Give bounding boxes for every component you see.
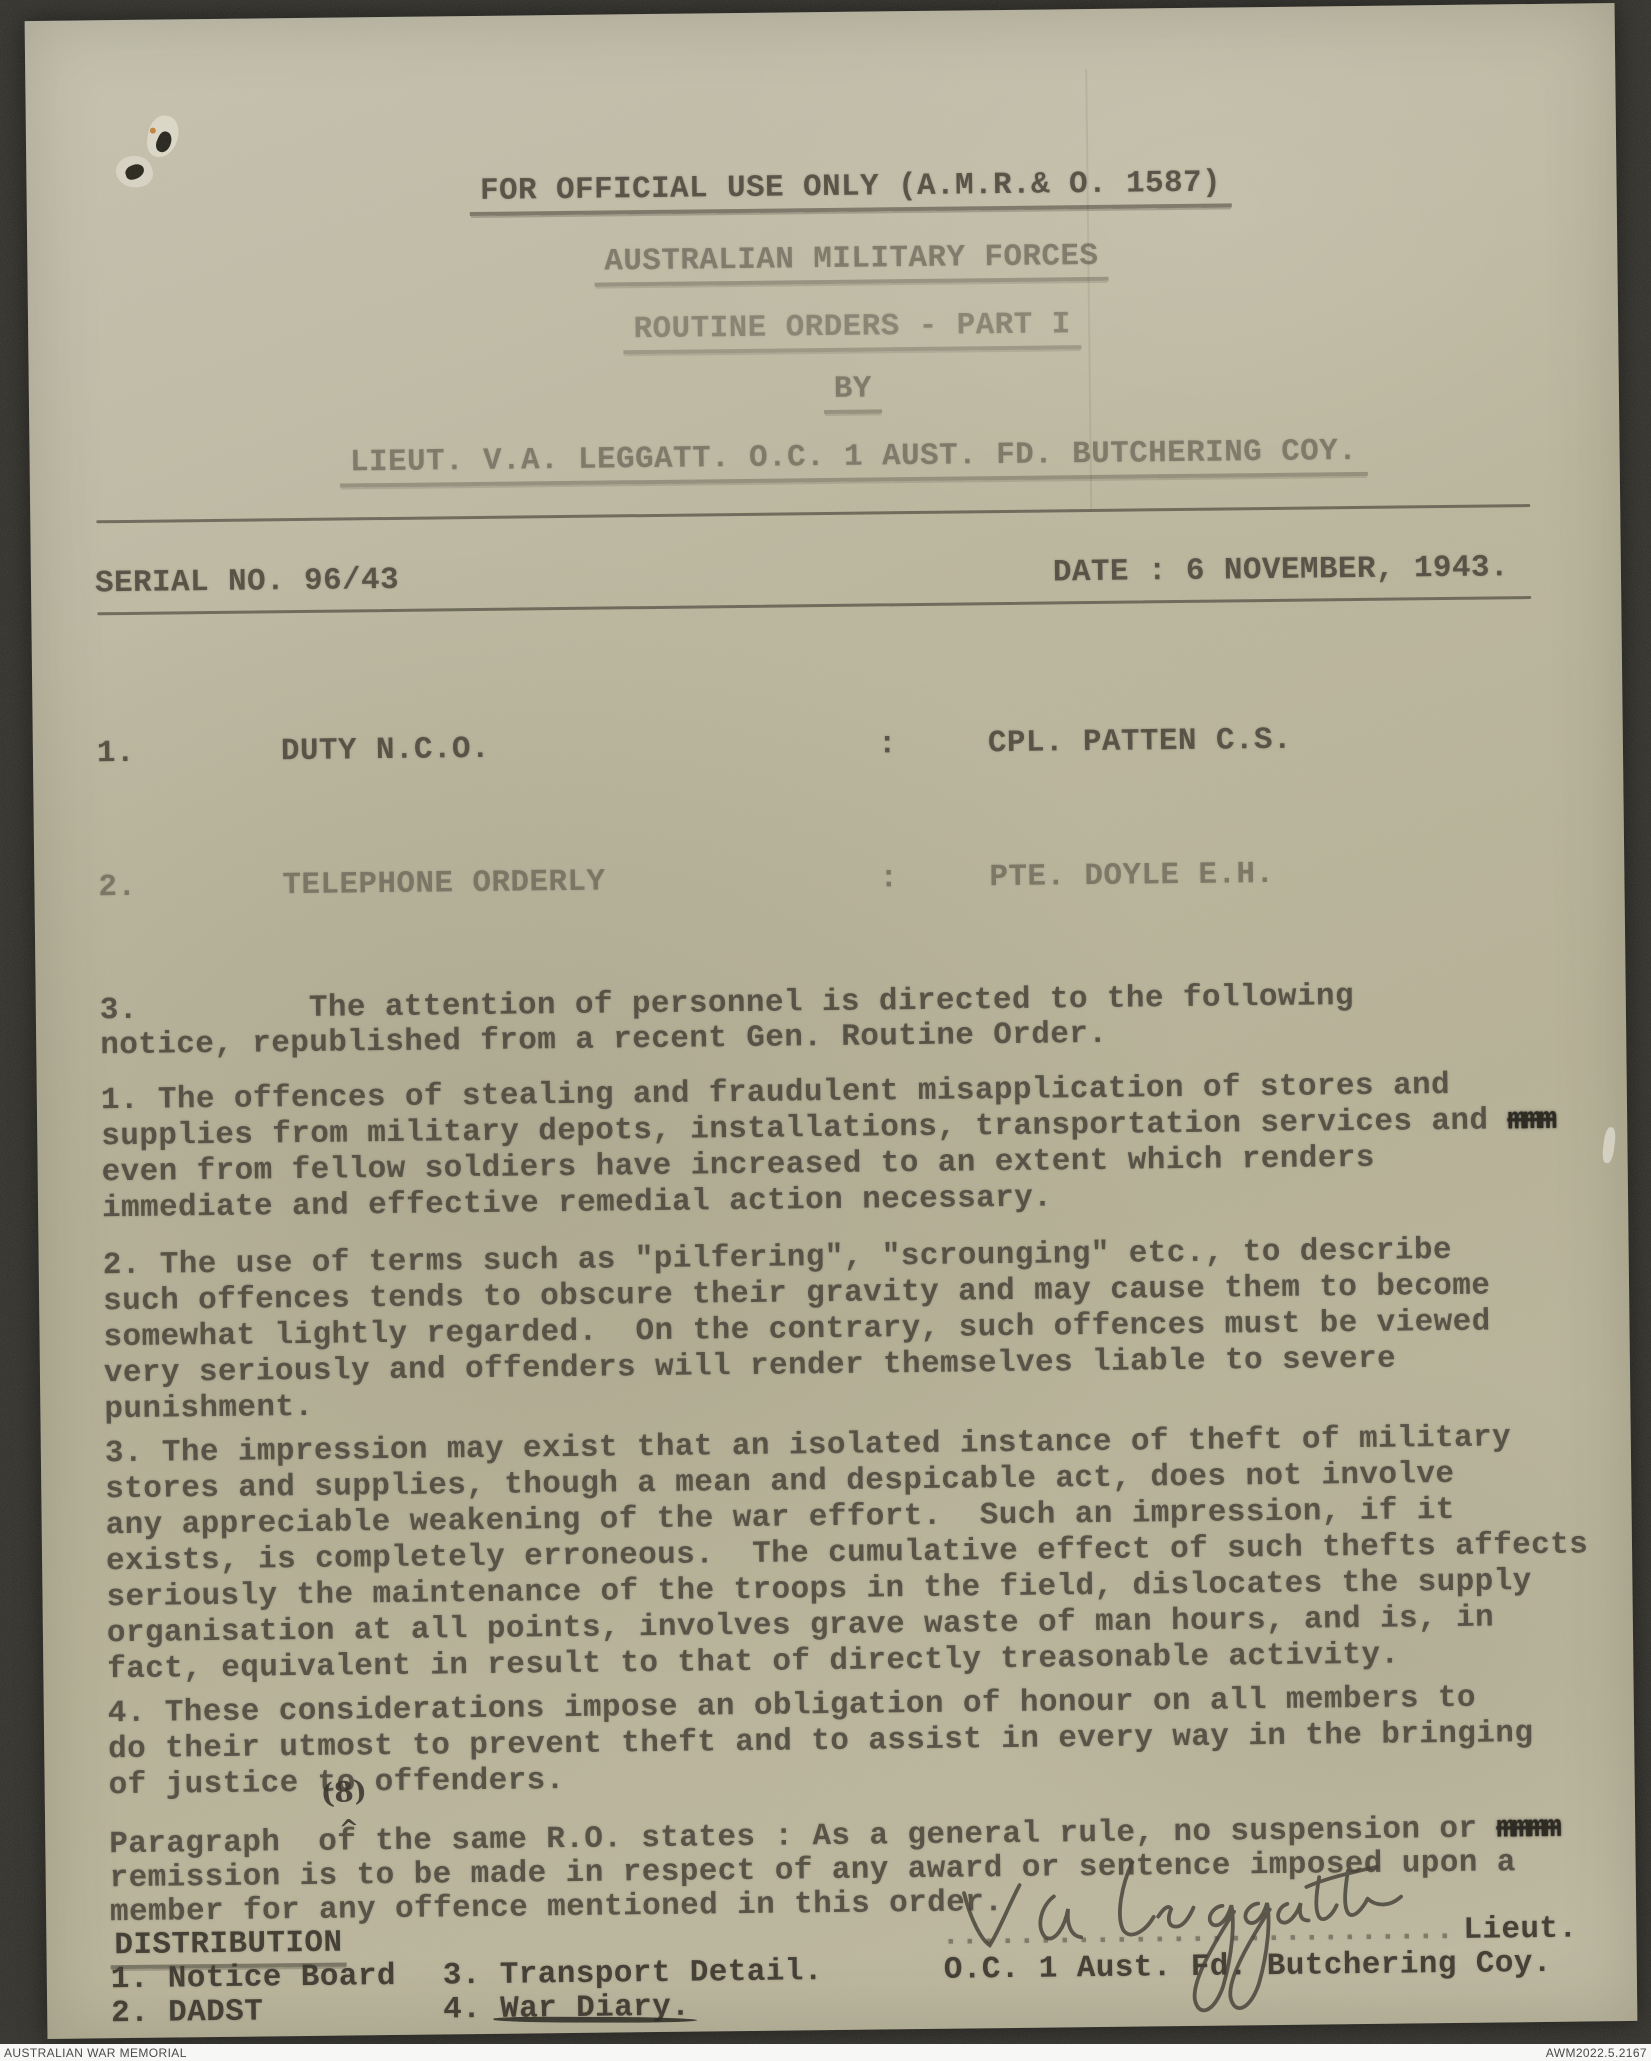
- item-separator: :: [879, 861, 898, 896]
- separator-rule-bottom: [97, 596, 1531, 615]
- item-number: 2.: [98, 870, 136, 905]
- force-text: AUSTRALIAN MILITARY FORCES: [594, 239, 1109, 287]
- by-text: BY: [824, 371, 882, 414]
- handwritten-signature: [921, 1822, 1492, 2039]
- paragraph-2-line: punishment.: [104, 1390, 313, 1427]
- duty-nco-row: 1. DUTY N.C.O. : CPL. PATTEN C.S.: [25, 3, 1615, 21]
- rust-speck: [150, 128, 156, 134]
- paper-edge-tear: [1601, 1127, 1617, 1164]
- item-title: DUTY N.C.O.: [281, 732, 490, 769]
- item-value: PTE. DOYLE E.H.: [989, 857, 1274, 895]
- item-title: TELEPHONE ORDERLY: [282, 865, 605, 904]
- distribution-heading: DISTRIBUTION: [110, 1926, 346, 1964]
- overtyped-deletion: mmm: [1507, 1103, 1554, 1139]
- order-date: DATE : 6 NOVEMBER, 1943.: [1053, 550, 1509, 590]
- overtyped-deletion: mmmm: [1496, 1811, 1559, 1847]
- distribution-item: 3. Transport Detail.: [443, 1954, 823, 1993]
- issuing-officer-text: LIEUT. V.A. LEGGATT. O.C. 1 AUST. FD. BU…: [340, 434, 1368, 488]
- archive-accession-number: AWM2022.5.2167: [1546, 2046, 1647, 2060]
- archive-footer-bar: AUSTRALIAN WAR MEMORIAL AWM2022.5.2167: [0, 2044, 1651, 2061]
- archive-institution-label: AUSTRALIAN WAR MEMORIAL: [4, 2046, 187, 2060]
- document-paper: FOR OFFICIAL USE ONLY (A.M.R.& O. 1587) …: [25, 3, 1638, 2039]
- order-title-text: ROUTINE ORDERS - PART I: [623, 307, 1081, 354]
- force-heading: AUSTRALIAN MILITARY FORCES: [91, 233, 1611, 285]
- serial-number: SERIAL NO. 96/43: [95, 563, 399, 601]
- item-number: 1.: [97, 736, 135, 771]
- handwritten-paragraph-ref: (8): [319, 1773, 368, 1810]
- separator-rule-top: [96, 504, 1530, 523]
- issuing-officer-line: LIEUT. V.A. LEGGATT. O.C. 1 AUST. FD. BU…: [93, 431, 1613, 483]
- order-title-heading: ROUTINE ORDERS - PART I: [92, 301, 1612, 353]
- by-line: BY: [93, 363, 1613, 415]
- scanned-document-page: FOR OFFICIAL USE ONLY (A.M.R.& O. 1587) …: [0, 0, 1651, 2061]
- classification-heading: FOR OFFICIAL USE ONLY (A.M.R.& O. 1587): [90, 161, 1610, 213]
- item-separator: :: [878, 727, 897, 762]
- distribution-item: 1. Notice Board: [111, 1959, 396, 1997]
- distribution-item: 2. DADST: [111, 1995, 263, 2032]
- item-value: CPL. PATTEN C.S.: [988, 723, 1292, 761]
- telephone-orderly-row: 2. TELEPHONE ORDERLY : PTE. DOYLE E.H.: [25, 3, 1615, 21]
- classification-text: FOR OFFICIAL USE ONLY (A.M.R.& O. 1587): [470, 165, 1232, 216]
- paragraph-5-line: member for any offence mentioned in this…: [110, 1886, 1003, 1930]
